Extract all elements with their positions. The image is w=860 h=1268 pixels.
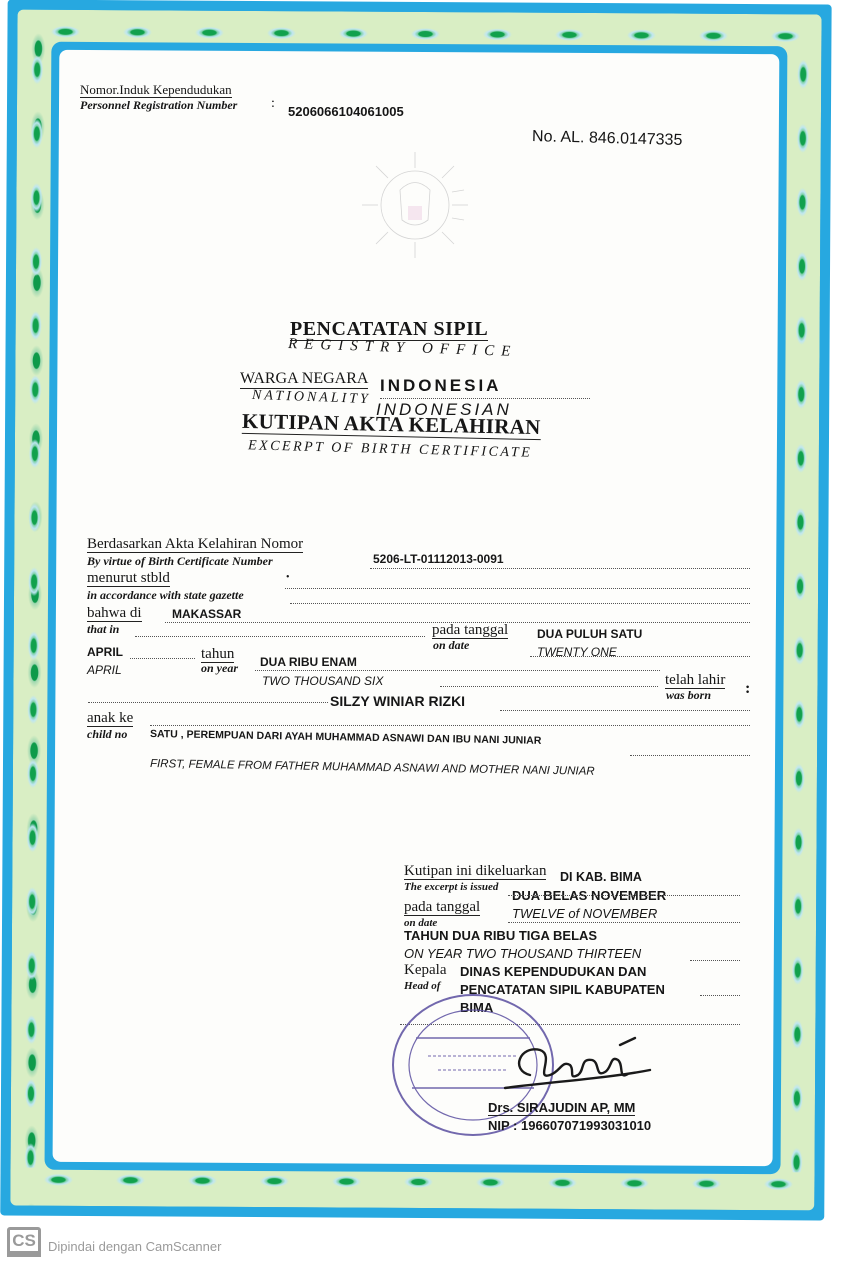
place-label: bahwa di [87, 605, 142, 622]
child-label-block: anak ke [87, 710, 133, 727]
gazette-dots-2 [290, 603, 750, 604]
month-value-en: APRIL [87, 663, 122, 677]
date-label: pada tanggal [432, 622, 508, 639]
act-number-label-block: Berdasarkan Akta Kelahiran Nomor [87, 536, 303, 553]
date-dots [530, 656, 750, 657]
gazette-label: menurut stbld [87, 570, 170, 587]
nik-label-block: Nomor.Induk Kependudukan Personnel Regis… [80, 82, 237, 113]
born-colon: : [745, 680, 750, 698]
document-title-en: EXCERPT OF BIRTH CERTIFICATE [248, 438, 533, 461]
issued-label-en: The excerpt is issued [404, 881, 498, 894]
issued-date-label-block: pada tanggal [404, 899, 480, 916]
act-number-label-en: By virtue of Birth Certificate Number [87, 555, 273, 568]
date-label-block: pada tanggal [432, 622, 508, 639]
born-label: telah lahir [665, 672, 725, 689]
born-label-en: was born [666, 689, 711, 702]
issued-year-dots [690, 960, 740, 961]
issued-label-block: Kutipan ini dikeluarkan [404, 863, 546, 880]
year-label-en: on year [201, 662, 238, 675]
born-label-block: telah lahir [665, 672, 725, 689]
certificate-content: Nomor.Induk Kependudukan Personnel Regis… [0, 0, 860, 1268]
child-label-en: child no [87, 728, 127, 741]
issued-place-value: DI KAB. BIMA [560, 870, 642, 884]
nationality-label: WARGA NEGARA [240, 370, 368, 389]
child-name: SILZY WINIAR RIZKI [330, 693, 465, 709]
scanner-footer: CS Dipindai dengan CamScanner [0, 1222, 860, 1268]
issued-date-label: pada tanggal [404, 899, 480, 916]
gazette-dots-1 [285, 588, 750, 589]
place-label-en: that in [87, 623, 119, 636]
signature [500, 1030, 660, 1100]
child-label: anak ke [87, 710, 133, 727]
issued-label: Kutipan ini dikeluarkan [404, 863, 546, 880]
nik-label-en: Personnel Registration Number [80, 98, 237, 113]
issued-year-value-en: ON YEAR TWO THOUSAND THIRTEEN [404, 946, 641, 961]
act-number-label: Berdasarkan Akta Kelahiran Nomor [87, 536, 303, 553]
nik-value: 5206066104061005 [288, 104, 404, 119]
nationality-value: INDONESIA [380, 376, 501, 396]
official-name: Drs. SIRAJUDIN AP, MM [488, 1100, 635, 1116]
camscanner-logo-icon: CS [7, 1227, 41, 1257]
act-number-value: 5206-LT-01112013-0091 [373, 552, 504, 566]
name-dots-left [88, 702, 328, 703]
head-dots [700, 995, 740, 996]
name-dots-right [500, 710, 750, 711]
issued-year-value: TAHUN DUA RIBU TIGA BELAS [404, 928, 597, 943]
act-number-dots [370, 568, 750, 569]
place-value: MAKASSAR [172, 607, 241, 621]
child-value: SATU , PEREMPUAN DARI AYAH MUHAMMAD ASNA… [150, 728, 542, 747]
year-value: DUA RIBU ENAM [260, 655, 357, 669]
month-dots [130, 658, 195, 659]
month-value: APRIL [87, 645, 123, 659]
year-dots-2 [440, 686, 658, 687]
date-value: DUA PULUH SATU [537, 627, 642, 641]
head-value-1: DINAS KEPENDUDUKAN DAN [460, 964, 646, 979]
gazette-label-en: in accordance with state gazette [87, 589, 244, 602]
child-value-en: FIRST, FEMALE FROM FATHER MUHAMMAD ASNAW… [150, 758, 595, 778]
issued-dots [508, 895, 740, 896]
issued-date-dots [508, 922, 740, 923]
year-value-en: TWO THOUSAND SIX [262, 674, 383, 688]
nationality-dots [380, 398, 590, 399]
nik-colon: : [271, 96, 275, 112]
gazette-label-block: menurut stbld [87, 570, 170, 587]
gazette-value: • [286, 572, 290, 583]
nationality-label-en: NATIONALITY [252, 388, 371, 408]
child-dots [150, 725, 750, 726]
garuda-emblem-icon [360, 150, 470, 260]
head-label: Kepala [404, 962, 446, 978]
document-title: KUTIPAN AKTA KELAHIRAN [242, 409, 541, 440]
issued-date-value-en: TWELVE of NOVEMBER [512, 906, 657, 921]
camscanner-watermark: Dipindai dengan CamScanner [48, 1239, 221, 1254]
official-nip: NIP : 196607071993031010 [488, 1118, 651, 1133]
year-dots [255, 670, 660, 671]
date-label-en: on date [433, 639, 469, 652]
place-label-block: bahwa di [87, 605, 142, 622]
place-dots-2 [135, 636, 425, 637]
child-dots-2 [630, 755, 750, 756]
nik-label: Nomor.Induk Kependudukan [80, 82, 232, 98]
certificate-number: No. AL. 846.0147335 [532, 128, 683, 150]
